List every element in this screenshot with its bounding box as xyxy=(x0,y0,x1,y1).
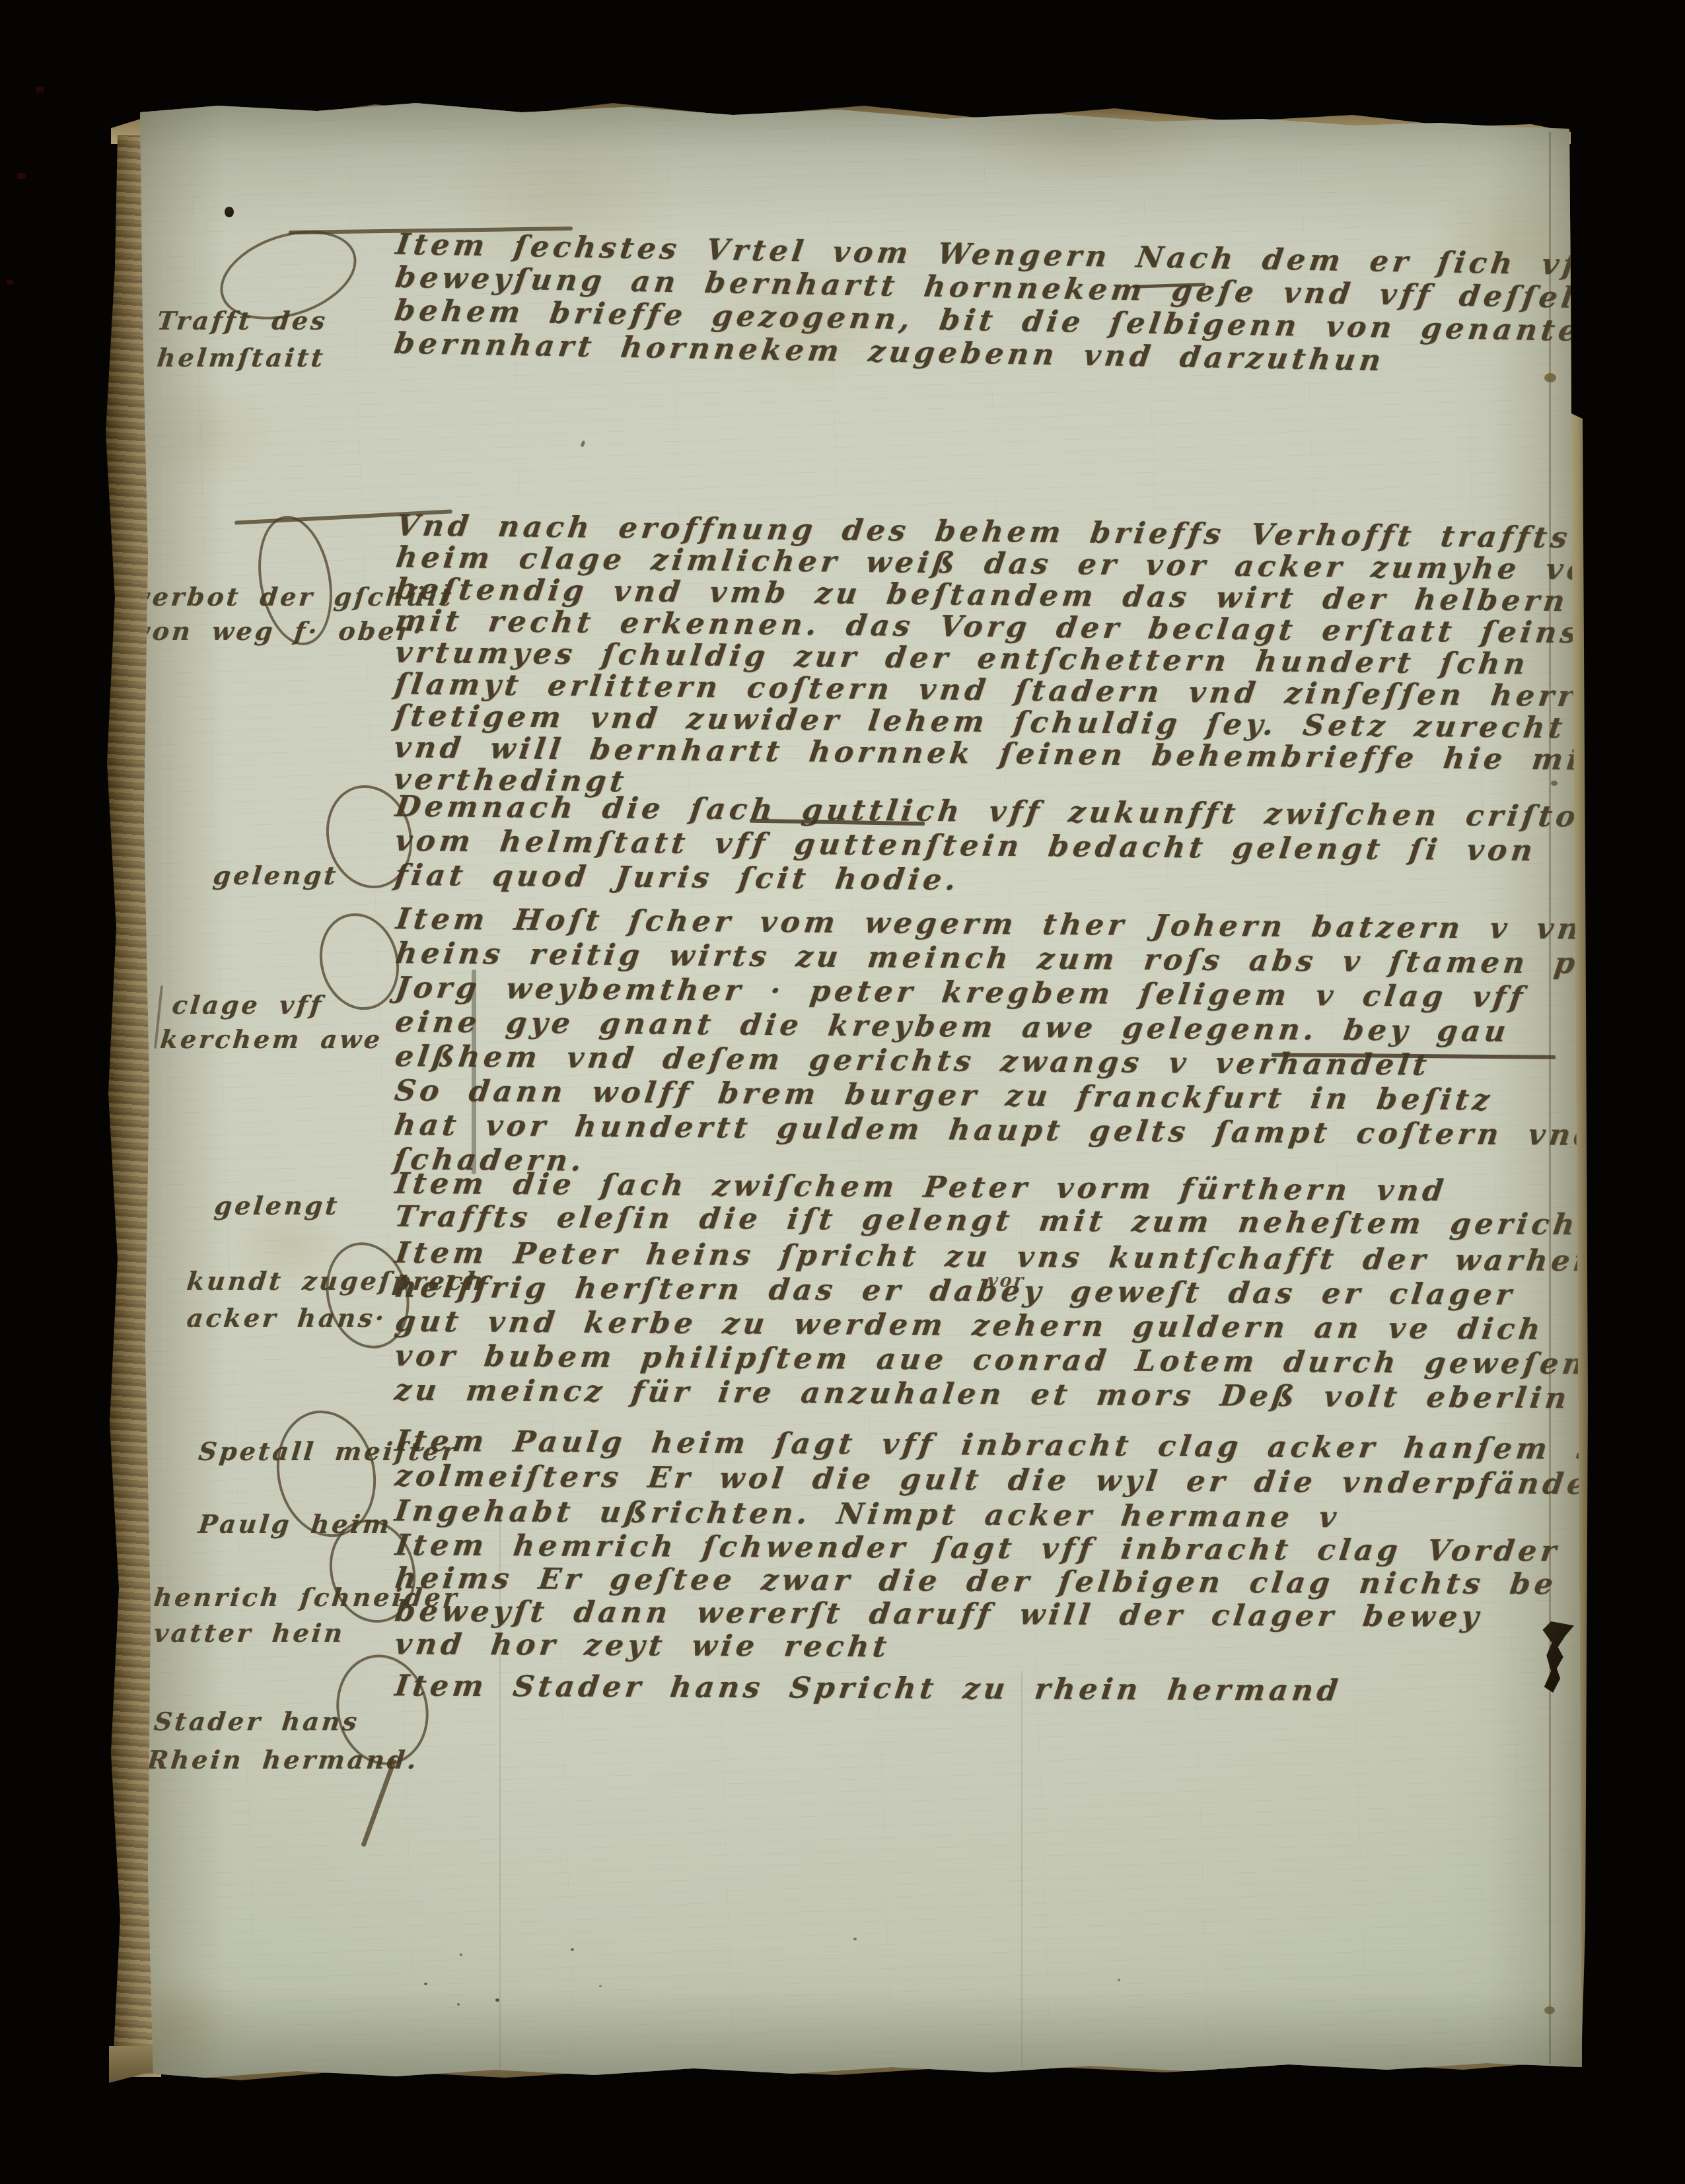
manuscript-line: vnd hor zeyt wie recht xyxy=(392,1628,1561,1667)
text-block: Item Paulg heim ſagt vff inbracht clag a… xyxy=(392,1423,1639,1537)
margin-note-line: Stader hans xyxy=(152,1703,421,1741)
margin-note: verbot der gſchült von weg f· ober· xyxy=(133,580,452,649)
margin-note-line: gelengt xyxy=(211,859,340,893)
margin-note-line: kerchem awe xyxy=(159,1022,384,1057)
manuscript-line: Item Stader hans Spricht zu rhein herman… xyxy=(393,1670,1344,1707)
margin-note-line: Spetall meiſter xyxy=(197,1434,459,1469)
text-block: Item Hoſt ſcher vom wegerm ther Johern b… xyxy=(392,902,1604,1187)
text-block: Demnach die ſach guttlich vff zukunfft z… xyxy=(392,790,1647,904)
margin-note-line: helmſtaitt xyxy=(155,339,330,376)
margin-note: Stader hans Rhein hermand. xyxy=(152,1703,417,1779)
margin-note: kundt zugeſprech acker hans· xyxy=(185,1263,484,1337)
text-block: Item die ſach zwiſchem Peter vorm fürthe… xyxy=(393,1168,1594,1242)
margin-note-line: verbot der gſchült xyxy=(133,580,456,614)
margin-note: clage vff kerchem awe xyxy=(170,988,380,1057)
text-block: Item Stader hans Spricht zu rhein herman… xyxy=(393,1670,1340,1708)
margin-note: Spetall meiſter Paulg heim xyxy=(197,1434,455,1541)
margin-note-line: gelengt xyxy=(213,1189,341,1223)
margin-note: Trafft des helmſtaitt xyxy=(155,302,326,376)
margin-note-line: henrich ſchneider xyxy=(152,1580,461,1615)
margin-note-line: von weg f· ober· xyxy=(133,614,456,649)
text-block: Item hemrich ſchwender ſagt vff inbracht… xyxy=(392,1529,1558,1667)
margin-note: gelengt xyxy=(211,859,336,893)
ink-layer: vor Item ſechstes Vrtel vom Wengern Nach… xyxy=(99,92,1585,2080)
text-block: Item Peter heins ſpricht zu vns kuntſcha… xyxy=(392,1236,1611,1417)
margin-note-line: vatter hein xyxy=(152,1615,461,1651)
margin-note-line: Paulg heim xyxy=(197,1507,459,1541)
manuscript-page: vor Item ſechstes Vrtel vom Wengern Nach… xyxy=(99,92,1585,2080)
margin-note-line: acker hans· xyxy=(185,1300,488,1337)
text-block: Vnd nach eroffnung des behem brieffs Ver… xyxy=(392,510,1685,809)
margin-note-line: Trafft des xyxy=(155,302,330,339)
manuscript-line: Traffts eleſin die iſt gelengt mit zum n… xyxy=(393,1201,1598,1242)
compression-noise-speck xyxy=(36,87,44,92)
photograph-background: vor Item ſechstes Vrtel vom Wengern Nach… xyxy=(0,0,1685,2184)
margin-note-line: Rhein hermand. xyxy=(145,1741,421,1779)
margin-note: henrich ſchneider vatter hein xyxy=(152,1580,457,1651)
text-block: Item ſechstes Vrtel vom Wengern Nach dem… xyxy=(392,229,1639,382)
compression-noise-speck xyxy=(17,173,26,179)
margin-note-line: clage vff xyxy=(170,988,384,1022)
compression-noise-speck xyxy=(7,280,13,285)
margin-note: gelengt xyxy=(213,1189,338,1223)
margin-note-line: kundt zugeſprech xyxy=(185,1263,488,1300)
